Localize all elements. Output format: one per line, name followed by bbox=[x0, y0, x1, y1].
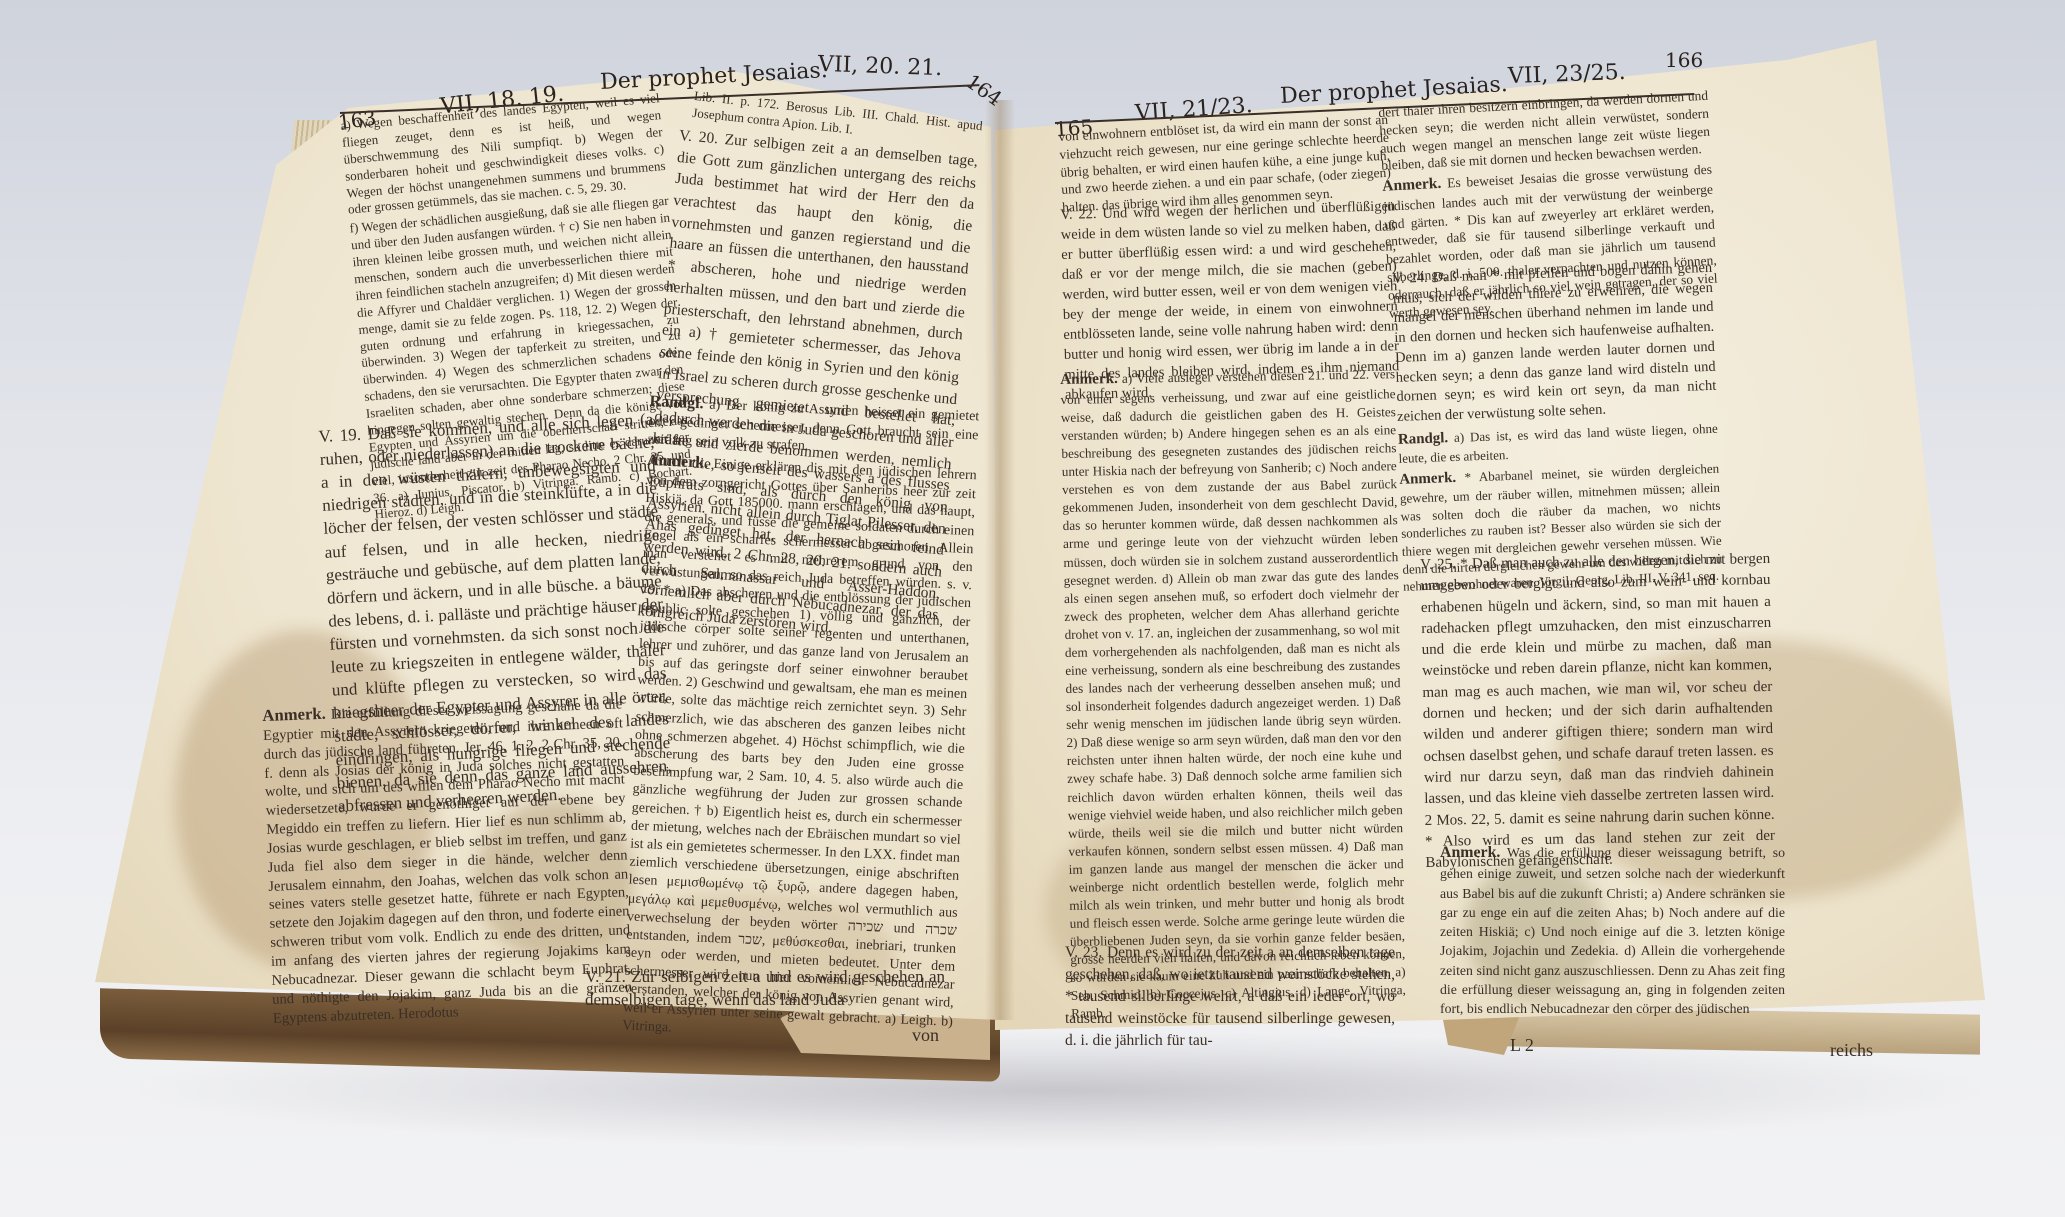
running-head-verse: VII, 23/25. bbox=[1508, 60, 1626, 89]
verse-text: V. 21. Zur selbigen zeit a und es wird g… bbox=[585, 965, 945, 1011]
right-col1-verse-23: V. 23. Denn es wird zu der zeit a an dem… bbox=[1065, 942, 1395, 1054]
anmerk-label: Anmerk. bbox=[1440, 844, 1500, 861]
randgl-label: Randgl. bbox=[649, 393, 704, 412]
left-col2-notes: Randgl. a) Der könig zu Assyrien heisset… bbox=[622, 392, 980, 1052]
left-col2-verse-21: V. 21. Zur selbigen zeit a und es wird g… bbox=[585, 965, 945, 1013]
catchword: von bbox=[912, 1025, 939, 1046]
anmerk-label: Anmerk. bbox=[1382, 175, 1442, 195]
anmerk-text: Einige erklären dis mit den jüdischen le… bbox=[622, 457, 977, 1035]
right-col2-anmerk: Anmerk. Was die erfüllung dieser weissag… bbox=[1440, 842, 1785, 1021]
book-photo: 163 VII, 18. 19. Der prophet Jesaias. VI… bbox=[0, 0, 2065, 1217]
book-gutter bbox=[985, 100, 1015, 1020]
verse-text: V. 25. * Daß man auch zu alle den bergen… bbox=[1420, 549, 1776, 875]
anmerk-text: Die erfüllung dieser weissagung geschahe… bbox=[263, 696, 633, 1026]
page-number: 166 bbox=[1665, 48, 1703, 72]
signature-mark: L 2 bbox=[1510, 1035, 1534, 1056]
right-col2-verse-25: V. 25. * Daß man auch zu alle den bergen… bbox=[1420, 549, 1776, 877]
left-col1-anmerk: Anmerk. Die erfüllung dieser weissagung … bbox=[262, 692, 633, 1030]
running-head-verse: VII, 20. 21. bbox=[818, 52, 943, 81]
anmerk-label: Anmerk. bbox=[262, 704, 326, 725]
verse-text: V. 23. Denn es wird zu der zeit a an dem… bbox=[1065, 942, 1395, 1052]
verse-text: V. 24. Daß man * mit pfeilen und bogen d… bbox=[1392, 259, 1717, 428]
anmerk-label: Anmerk. bbox=[1060, 370, 1118, 388]
anmerk-text: Was die erfüllung dieser weissagung betr… bbox=[1440, 845, 1785, 1016]
anmerk-text: a) Viele ausleger verstehen diesen 21. u… bbox=[1060, 366, 1406, 1021]
anmerk-label: Anmerk. bbox=[1399, 470, 1456, 488]
catchword: reichs bbox=[1830, 1040, 1873, 1061]
anmerk-label: Anmerk. bbox=[647, 452, 709, 472]
right-col1-anmerk: Anmerk. a) Viele ausleger verstehen dies… bbox=[1060, 364, 1406, 1025]
right-col2-verse-24: V. 24. Daß man * mit pfeilen und bogen d… bbox=[1392, 259, 1723, 598]
randgl-label: Randgl. bbox=[1398, 430, 1449, 448]
